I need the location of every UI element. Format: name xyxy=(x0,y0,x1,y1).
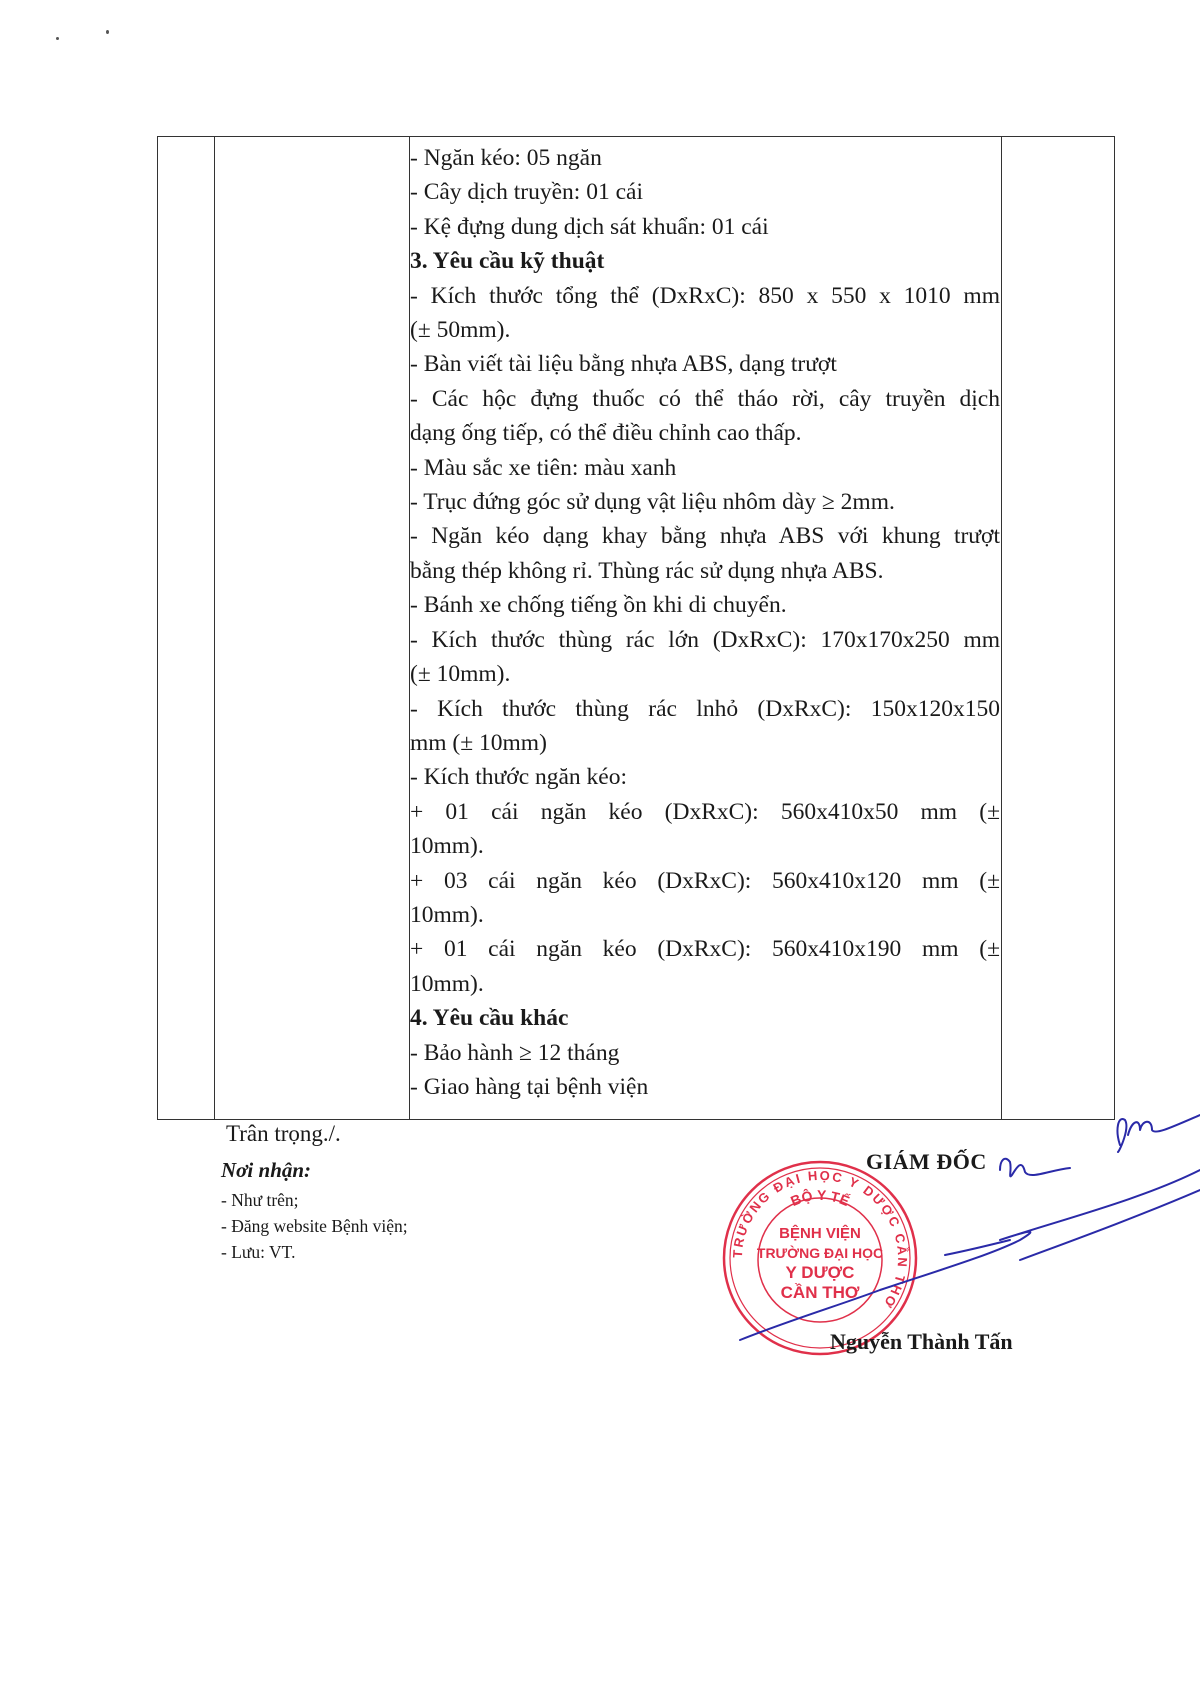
stamp-inner-line: Y DƯỢC xyxy=(786,1263,855,1282)
spec-line: - Ngăn kéo: 05 ngăn xyxy=(410,141,1000,175)
spec-line: + 03 cái ngăn kéo (DxRxC): 560x410x120 m… xyxy=(410,864,1000,898)
spec-line: - Kích thước tổng thể (DxRxC): 850 x 550… xyxy=(410,279,1000,313)
spec-line: (± 50mm). xyxy=(410,313,1000,347)
stamp-inner-line: TRƯỜNG ĐẠI HỌC xyxy=(757,1244,883,1261)
column-divider xyxy=(214,137,215,1119)
svg-text:BỘ Y TẾ: BỘ Y TẾ xyxy=(788,1186,852,1209)
spec-line: + 01 cái ngăn kéo (DxRxC): 560x410x50 mm… xyxy=(410,795,1000,829)
spec-line: - Giao hàng tại bệnh viện xyxy=(410,1070,1000,1104)
recipients-list: - Như trên; - Đăng website Bệnh viện; - … xyxy=(221,1187,408,1265)
spec-line: dạng ống tiếp, có thể điều chỉnh cao thấ… xyxy=(410,416,1000,450)
spec-table: - Ngăn kéo: 05 ngăn- Cây dịch truyền: 01… xyxy=(157,136,1115,1120)
spec-line: + 01 cái ngăn kéo (DxRxC): 560x410x190 m… xyxy=(410,932,1000,966)
official-stamp: BỘ Y TẾ TRƯỜNG ĐẠI HỌC Y DƯỢC CẦN THƠ BỆ… xyxy=(720,1158,920,1358)
spec-line: - Kệ đựng dung dịch sát khuẩn: 01 cái xyxy=(410,210,1000,244)
scan-speck xyxy=(106,30,109,34)
spec-line: (± 10mm). xyxy=(410,657,1000,691)
spec-line: mm (± 10mm) xyxy=(410,726,1000,760)
spec-line: - Kích thước ngăn kéo: xyxy=(410,760,1000,794)
spec-line: - Bảo hành ≥ 12 tháng xyxy=(410,1036,1000,1070)
closing-text: Trân trọng./. xyxy=(226,1121,341,1147)
stamp-top-text: BỘ Y TẾ xyxy=(788,1186,852,1209)
recipient-item: - Đăng website Bệnh viện; xyxy=(221,1213,408,1239)
spec-line: bằng thép không rỉ. Thùng rác sử dụng nh… xyxy=(410,554,1000,588)
spec-line: - Bánh xe chống tiếng ồn khi di chuyển. xyxy=(410,588,1000,622)
spec-line: - Các hộc đựng thuốc có thể tháo rời, câ… xyxy=(410,382,1000,416)
spec-line: - Màu sắc xe tiên: màu xanh xyxy=(410,451,1000,485)
spec-line: - Trục đứng góc sử dụng vật liệu nhôm dà… xyxy=(410,485,1000,519)
stamp-inner-line: CẦN THƠ xyxy=(781,1283,860,1302)
section-heading: 4. Yêu cầu khác xyxy=(410,1001,1000,1035)
spec-line: - Kích thước thùng rác lnhỏ (DxRxC): 150… xyxy=(410,692,1000,726)
stamp-inner-line: BỆNH VIỆN xyxy=(779,1224,861,1242)
spec-cell-content: - Ngăn kéo: 05 ngăn- Cây dịch truyền: 01… xyxy=(410,141,1000,1104)
scan-speck xyxy=(56,37,59,40)
recipient-item: - Lưu: VT. xyxy=(221,1239,408,1265)
recipient-item: - Như trên; xyxy=(221,1187,408,1213)
spec-line: 10mm). xyxy=(410,898,1000,932)
spec-line: 10mm). xyxy=(410,967,1000,1001)
spec-line: 10mm). xyxy=(410,829,1000,863)
spec-line: - Ngăn kéo dạng khay bằng nhựa ABS với k… xyxy=(410,519,1000,553)
section-heading: 3. Yêu cầu kỹ thuật xyxy=(410,244,1000,278)
spec-line: - Bàn viết tài liệu bằng nhựa ABS, dạng … xyxy=(410,347,1000,381)
recipients-label: Nơi nhận: xyxy=(221,1158,311,1183)
spec-line: - Cây dịch truyền: 01 cái xyxy=(410,175,1000,209)
signer-name: Nguyễn Thành Tấn xyxy=(830,1329,1013,1355)
spec-line: - Kích thước thùng rác lớn (DxRxC): 170x… xyxy=(410,623,1000,657)
column-divider xyxy=(1001,137,1002,1119)
